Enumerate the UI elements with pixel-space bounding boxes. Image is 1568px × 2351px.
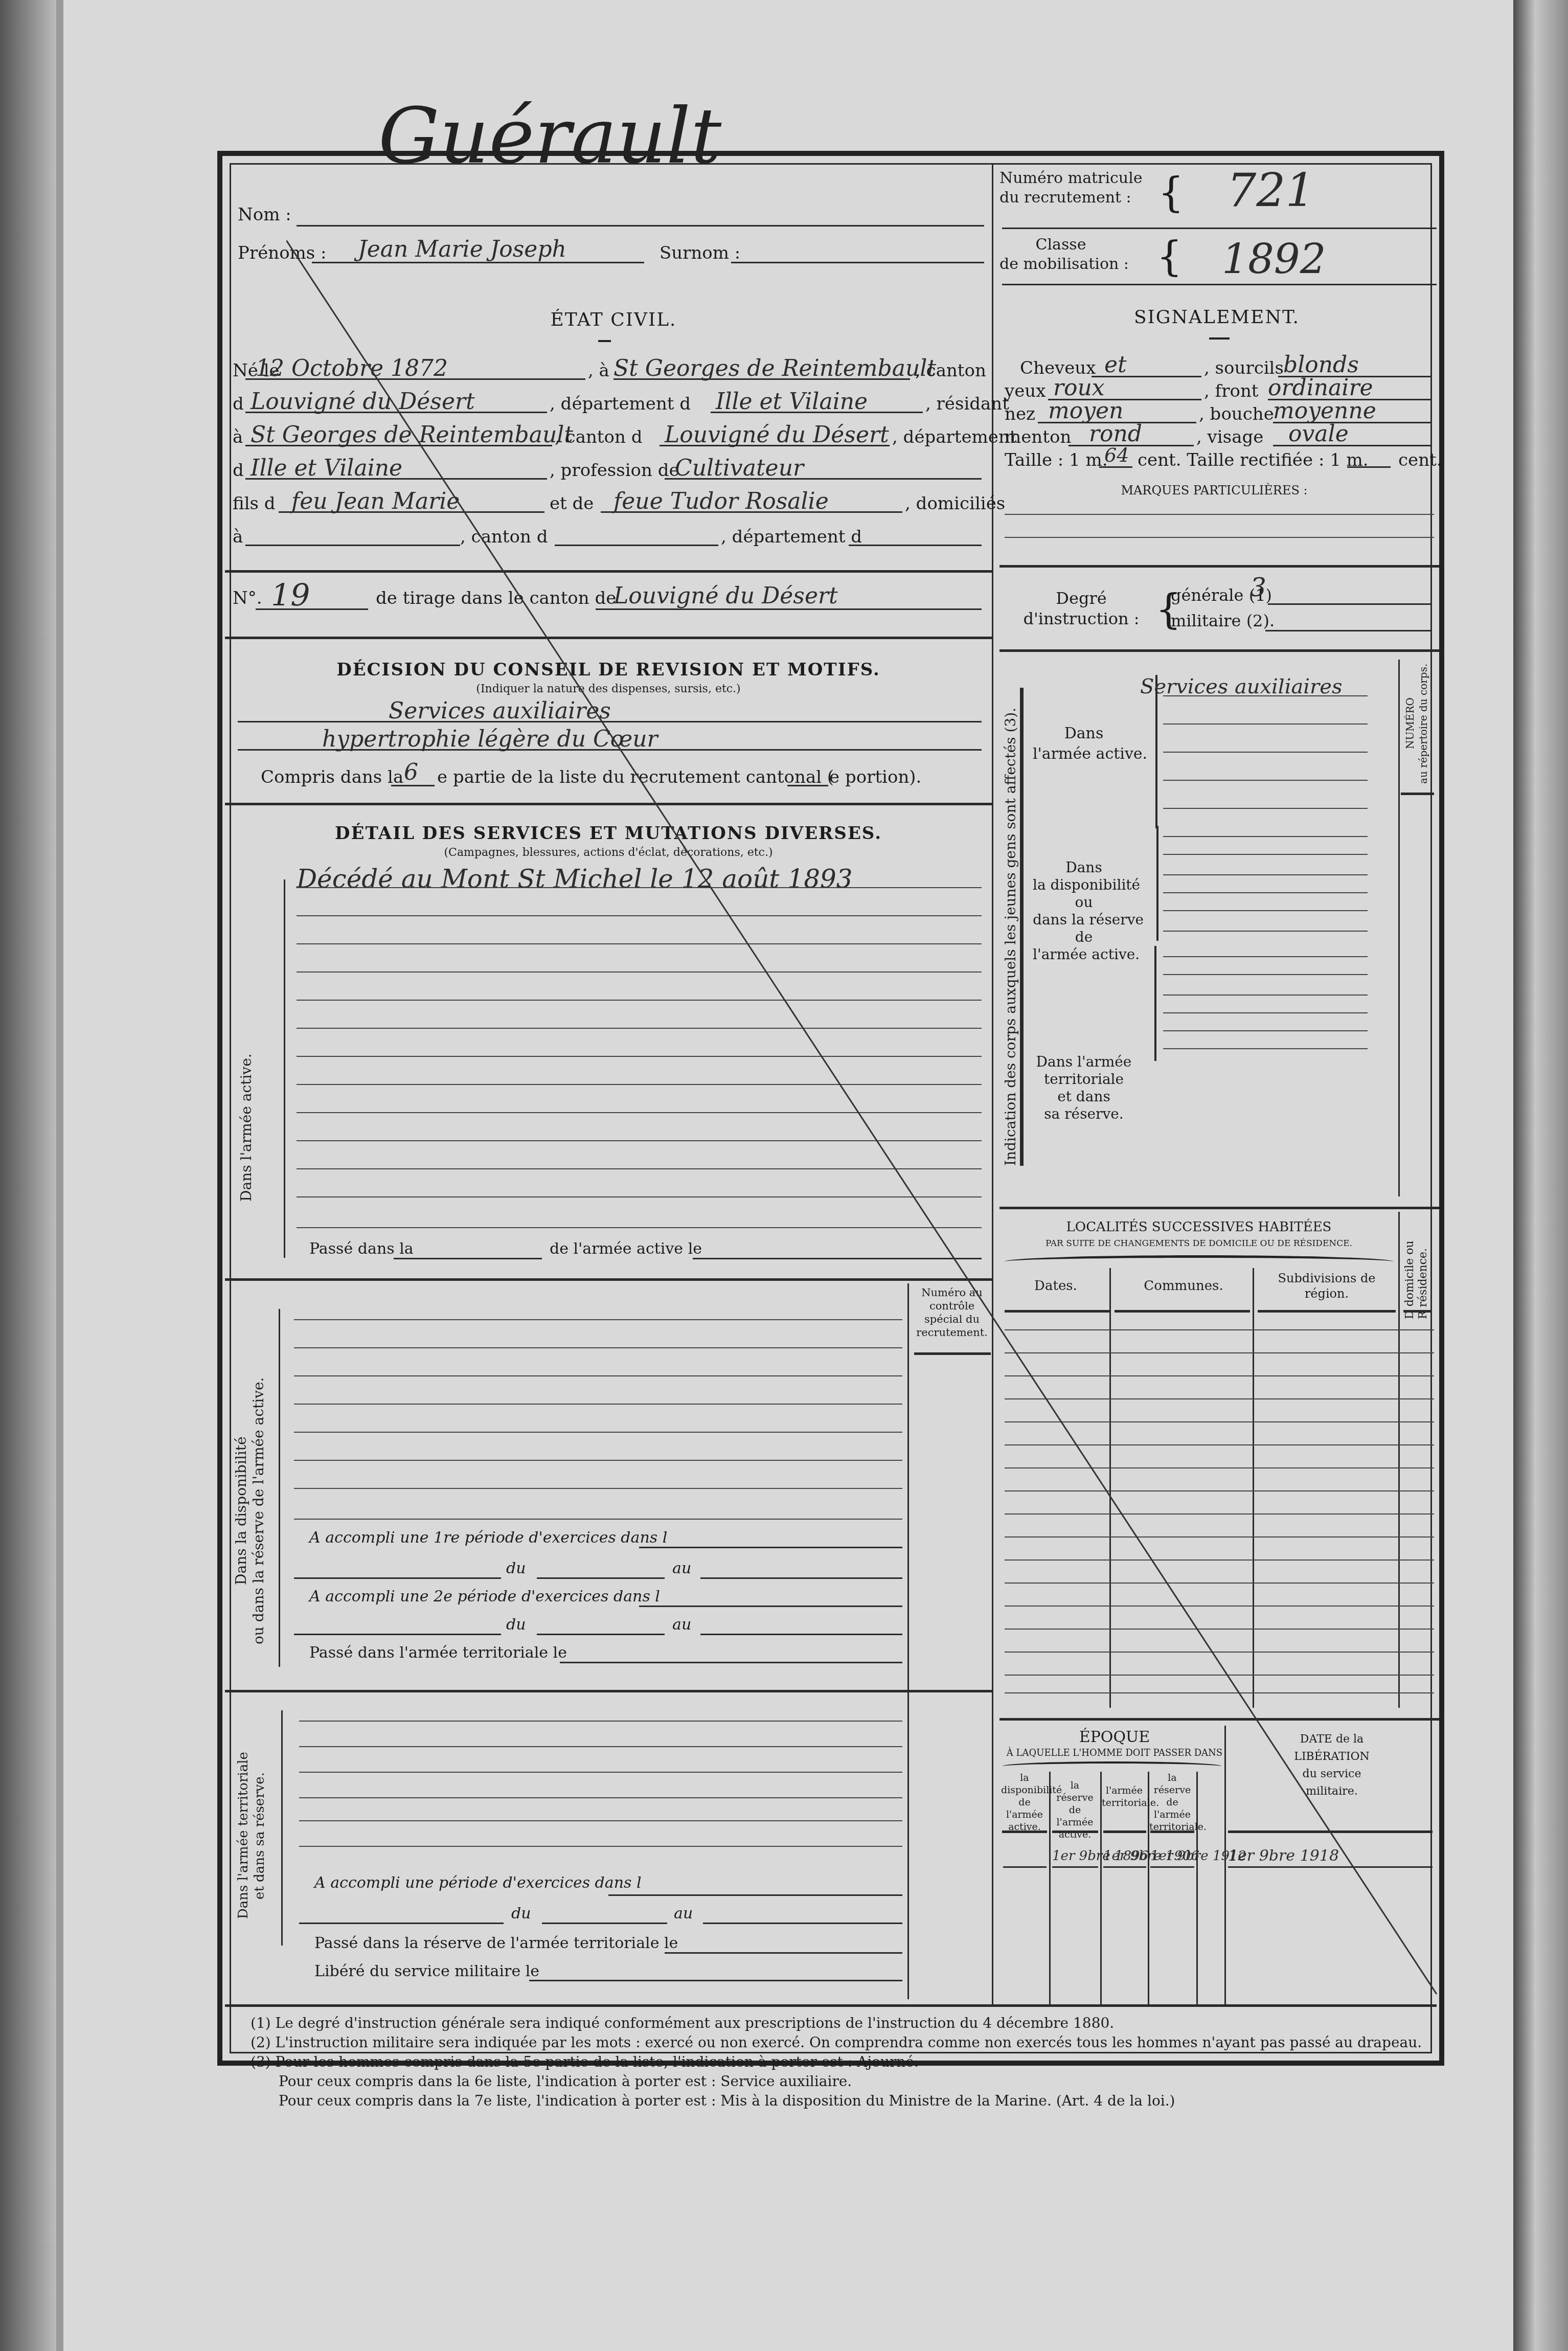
corps-terr-label-line: territoriale bbox=[1033, 1071, 1135, 1088]
active-bracket bbox=[284, 879, 285, 1258]
dispo-line bbox=[294, 1432, 902, 1433]
corps-line bbox=[1163, 1048, 1368, 1049]
section-rule bbox=[999, 1718, 1439, 1721]
footnotes-rule bbox=[225, 2004, 1437, 2007]
degre-label-line2: d'instruction : bbox=[1022, 608, 1140, 629]
footnote-3b: Pour ceux compris dans la 6e liste, l'in… bbox=[279, 2073, 852, 2090]
cent-label: cent. bbox=[1398, 450, 1442, 470]
periode1-label: A accompli une 1re période d'exercices d… bbox=[309, 1529, 667, 1547]
corps-line bbox=[1163, 931, 1368, 932]
title-dash bbox=[598, 340, 611, 342]
libere-line bbox=[529, 1980, 902, 1981]
territoriale-line bbox=[299, 1772, 902, 1773]
section-rule bbox=[225, 637, 992, 639]
generale-line bbox=[1268, 603, 1431, 605]
cheveux-value: et bbox=[1104, 352, 1127, 378]
dispo-line bbox=[294, 1460, 902, 1461]
canton-value: Louvigné du Désert bbox=[251, 389, 475, 415]
taille-value: 64 bbox=[1104, 444, 1129, 466]
numero-divider bbox=[1398, 660, 1400, 1196]
residence-canton-line bbox=[660, 445, 890, 446]
a2-label: à bbox=[233, 427, 243, 447]
classe-label: Classe de mobilisation : bbox=[999, 235, 1122, 274]
localites-row-line bbox=[1005, 1583, 1434, 1584]
corps-active-label: Dans l'armée active. bbox=[1033, 724, 1135, 764]
corps-dispo-label-line: Dans bbox=[1033, 859, 1135, 876]
parents-domicile-line bbox=[245, 545, 460, 546]
decision-line1-value: Services auxiliaires bbox=[389, 698, 611, 724]
col-subdivisions: Subdivisions de région. bbox=[1258, 1271, 1396, 1301]
service-line bbox=[297, 887, 982, 888]
matricule-label-line2: du recrutement : bbox=[999, 188, 1122, 208]
section-rule bbox=[999, 1207, 1439, 1209]
generale-value: 3 bbox=[1250, 573, 1266, 602]
service-line bbox=[297, 1168, 982, 1169]
marques-line bbox=[1005, 537, 1434, 538]
libere-label: Libéré du service militaire le bbox=[314, 1962, 539, 1980]
territoriale-line bbox=[299, 1721, 902, 1722]
localites-row-line bbox=[1005, 1652, 1434, 1653]
localites-row-line bbox=[1005, 1536, 1434, 1538]
classe-divider bbox=[1002, 284, 1437, 285]
nez-label: nez bbox=[1005, 404, 1035, 424]
localites-row-line bbox=[1005, 1559, 1434, 1561]
footnote-3c: Pour ceux compris dans la 7e liste, l'in… bbox=[279, 2092, 1175, 2109]
passe-reserve-terr-line bbox=[665, 1952, 902, 1954]
section-rule bbox=[225, 803, 992, 805]
service-line bbox=[297, 1112, 982, 1113]
localites-row-line bbox=[1005, 1375, 1434, 1376]
epoque-brace bbox=[1002, 1761, 1222, 1771]
service-line bbox=[297, 971, 982, 973]
corps-active-label-line2: l'armée active. bbox=[1033, 744, 1135, 764]
corps-line bbox=[1163, 780, 1368, 781]
corps-line bbox=[1163, 956, 1368, 957]
periode-terr-du-label: du bbox=[511, 1905, 531, 1923]
mother-value: feue Tudor Rosalie bbox=[613, 488, 829, 514]
passe-reserve-terr-label: Passé dans la réserve de l'armée territo… bbox=[314, 1934, 678, 1952]
et-de-label: et de bbox=[550, 493, 594, 514]
periode2-du-line bbox=[537, 1634, 665, 1635]
classe-label-line1: Classe bbox=[999, 235, 1122, 255]
liberation-divider bbox=[1224, 1726, 1226, 2007]
footnote-2: (2) L'instruction militaire sera indiqué… bbox=[251, 2034, 1422, 2051]
service-line bbox=[297, 915, 982, 916]
corps-line bbox=[1163, 994, 1368, 996]
numero-repertoire-label: NUMÉRO au répertoire du corps. bbox=[1403, 660, 1430, 787]
liberation-value: 1er 9bre 1918 bbox=[1228, 1847, 1339, 1865]
father-line bbox=[279, 511, 544, 513]
marques-line bbox=[1005, 514, 1434, 515]
corps-line bbox=[1163, 695, 1368, 696]
corps-dispo-label-line: dans la réserve bbox=[1033, 911, 1135, 929]
service-line bbox=[297, 1227, 982, 1228]
parents-canton-line bbox=[555, 545, 718, 546]
service-line bbox=[297, 943, 982, 944]
territoriale-side-label-line2: et dans sa réserve. bbox=[252, 1728, 268, 1943]
taille-rectifiee-label: cent. Taille rectifiée : 1 m. bbox=[1138, 450, 1369, 470]
territoriale-bracket bbox=[281, 1710, 283, 1946]
visage-label: , visage bbox=[1196, 427, 1263, 447]
tirage-canton-value: Louvigné du Désert bbox=[613, 583, 838, 609]
departement-line bbox=[711, 412, 923, 413]
nom-field-line bbox=[297, 225, 984, 227]
passe-date-line bbox=[693, 1258, 982, 1259]
residence-canton-value: Louvigné du Désert bbox=[665, 422, 889, 448]
canton-d-label: , canton d bbox=[555, 427, 642, 447]
footnote-3: (3) Pour les hommes compris dans la 5e p… bbox=[251, 2053, 919, 2070]
residence-value: St Georges de Reintembault bbox=[251, 422, 573, 448]
service-entry-1: Décédé au Mont St Michel le 12 août 1893 bbox=[297, 864, 853, 894]
epoque-col-dispo: la disponibilité de l'armée active. bbox=[1001, 1772, 1048, 1833]
profession-value: Cultivateur bbox=[675, 455, 804, 481]
degre-instruction-label: Degré d'instruction : bbox=[1022, 588, 1140, 629]
militaire-label: militaire (2). bbox=[1171, 611, 1275, 630]
epoque-col-divider bbox=[1196, 1772, 1198, 2007]
next-page-edge bbox=[1513, 0, 1568, 2351]
controle-divider bbox=[907, 1283, 909, 1692]
localites-row-line bbox=[1005, 1421, 1434, 1422]
localites-title: LOCALITÉS SUCCESSIVES HABITÉES bbox=[1002, 1219, 1396, 1235]
dispo-line bbox=[294, 1519, 902, 1520]
dispo-brace bbox=[1156, 826, 1158, 941]
liberation-line bbox=[1228, 1866, 1433, 1868]
epoque-col-territoriale: l'armée territoriale. bbox=[1102, 1784, 1147, 1809]
bouche-value: moyenne bbox=[1273, 398, 1376, 424]
service-line bbox=[297, 1140, 982, 1141]
matricule-label: Numéro matricule du recrutement : bbox=[999, 169, 1122, 208]
matricule-value: 721 bbox=[1227, 164, 1315, 217]
epoque-value-line bbox=[1052, 1866, 1098, 1868]
corps-line bbox=[1163, 752, 1368, 753]
localites-row-line bbox=[1005, 1490, 1434, 1491]
corps-line bbox=[1163, 724, 1368, 725]
corps-side-label: Indication des corps auxquels les jeunes… bbox=[1002, 685, 1019, 1166]
periode1-from-line bbox=[294, 1577, 501, 1579]
corps-line bbox=[1163, 836, 1368, 837]
parents-departement-line bbox=[849, 545, 982, 546]
periode1-line bbox=[639, 1547, 902, 1548]
corps-brace bbox=[1020, 688, 1024, 1166]
terr-brace bbox=[1154, 946, 1156, 1061]
corps-line bbox=[1163, 892, 1368, 893]
col-communes: Communes. bbox=[1112, 1278, 1255, 1294]
yeux-label: yeux bbox=[1005, 381, 1046, 401]
periode-terr-au-label: au bbox=[674, 1905, 693, 1923]
section-rule bbox=[999, 565, 1439, 568]
departement2-label: , département bbox=[892, 427, 1017, 447]
decision-title: DÉCISION DU CONSEIL DE REVISION ET MOTIF… bbox=[276, 660, 941, 680]
numero-rule bbox=[1401, 793, 1434, 795]
dispo-line bbox=[294, 1319, 902, 1320]
localites-row-line bbox=[1005, 1513, 1434, 1514]
territoriale-divider bbox=[907, 1692, 909, 1999]
surname-handwritten: Guérault bbox=[378, 92, 721, 181]
surnom-field-line bbox=[731, 262, 984, 263]
tirage-canton-line bbox=[596, 608, 982, 610]
menton-label: menton bbox=[1005, 427, 1071, 447]
epoque-header-rule bbox=[1228, 1830, 1433, 1833]
canton-label: , canton bbox=[915, 360, 986, 381]
dispo-line bbox=[294, 1404, 902, 1405]
section-rule bbox=[999, 649, 1439, 652]
service-line bbox=[297, 1196, 982, 1197]
service-line bbox=[297, 1056, 982, 1057]
dispo-side-label-line1: Dans la disponibilité bbox=[233, 1340, 250, 1682]
localites-row-line bbox=[1005, 1398, 1434, 1399]
corps-line bbox=[1163, 1012, 1368, 1013]
detail-services-subtitle: (Campagnes, blessures, actions d'éclat, … bbox=[276, 846, 941, 859]
compris-suffix: e partie de la liste du recrutement cant… bbox=[437, 767, 834, 787]
territoriale-line bbox=[299, 1846, 902, 1847]
territoriale-line bbox=[299, 1797, 902, 1798]
classe-label-line2: de mobilisation : bbox=[999, 255, 1122, 274]
epoque-subtitle: À LAQUELLE L'HOMME DOIT PASSER DANS bbox=[1002, 1748, 1227, 1758]
passe-line bbox=[394, 1258, 542, 1259]
periode1-au-label: au bbox=[672, 1559, 691, 1577]
mother-line bbox=[601, 511, 902, 513]
corps-line bbox=[1163, 974, 1368, 975]
nez-value: moyen bbox=[1048, 398, 1123, 424]
fils-label: fils d bbox=[233, 493, 276, 514]
localites-row-line bbox=[1005, 1352, 1434, 1353]
corps-dispo-label-line: la disponibilité bbox=[1033, 876, 1135, 894]
corps-dispo-label-line: l'armée active. bbox=[1033, 946, 1135, 963]
territoriale-line bbox=[299, 1820, 902, 1821]
periode1-du-line bbox=[537, 1577, 665, 1579]
corps-active-label-line1: Dans bbox=[1033, 724, 1135, 744]
matricule-label-line1: Numéro matricule bbox=[999, 169, 1122, 188]
nom-label: Nom : bbox=[238, 205, 291, 225]
localites-row-line bbox=[1005, 1329, 1434, 1330]
dispo-side-label-line2: ou dans la réserve de l'armée active. bbox=[250, 1340, 267, 1682]
localites-col-divider bbox=[1253, 1268, 1254, 1708]
periode-terr-line bbox=[608, 1894, 902, 1896]
surnom-label: Surnom : bbox=[660, 243, 740, 263]
periode2-au-label: au bbox=[672, 1616, 691, 1634]
localites-row-line bbox=[1005, 1692, 1434, 1693]
territoriale-side-label-line1: Dans l'armée territoriale bbox=[235, 1728, 252, 1943]
section-rule bbox=[225, 570, 992, 573]
periode2-label: A accompli une 2e période d'exercices da… bbox=[309, 1588, 660, 1606]
service-line bbox=[297, 1028, 982, 1029]
periode1-au-line bbox=[700, 1577, 902, 1579]
passe-territoriale-line bbox=[560, 1662, 902, 1663]
portion-suffix: e portion). bbox=[829, 767, 921, 787]
footnote-1: (1) Le degré d'instruction générale sera… bbox=[251, 2015, 1114, 2031]
front-label: , front bbox=[1204, 381, 1258, 401]
yeux-value: roux bbox=[1053, 375, 1105, 401]
periode2-au-line bbox=[700, 1634, 902, 1635]
corps-terr-label-line: et dans bbox=[1033, 1088, 1135, 1105]
epoque-col-reserve-terr: la réserve de l'armée territoriale. bbox=[1149, 1772, 1195, 1833]
profession-line bbox=[665, 478, 982, 480]
localites-row-line bbox=[1005, 1629, 1434, 1630]
departement-value: Ille et Vilaine bbox=[716, 389, 868, 415]
service-line bbox=[297, 1000, 982, 1001]
localites-col-divider bbox=[1398, 1212, 1400, 1708]
corps-line bbox=[1163, 910, 1368, 911]
visage-line bbox=[1273, 445, 1431, 446]
periode-terr-from-line bbox=[299, 1923, 504, 1924]
decision-line2 bbox=[238, 749, 982, 751]
dispo-bracket bbox=[279, 1309, 280, 1667]
periode-terr-du-line bbox=[542, 1923, 667, 1924]
prenoms-label: Prénoms : bbox=[238, 243, 327, 263]
periode2-line bbox=[639, 1606, 902, 1607]
prenoms-value: Jean Marie Joseph bbox=[358, 236, 566, 262]
section-rule bbox=[225, 1690, 992, 1692]
taille-label: Taille : 1 m. bbox=[1005, 450, 1108, 470]
localites-row-line bbox=[1005, 1606, 1434, 1607]
father-value: feu Jean Marie bbox=[291, 488, 460, 514]
epoque-header-rule bbox=[1002, 1830, 1047, 1833]
visage-value: ovale bbox=[1288, 421, 1349, 447]
birthplace-value: St Georges de Reintembault bbox=[613, 355, 936, 381]
classe-brace: { bbox=[1156, 233, 1183, 280]
residence-label: R résidence. bbox=[1417, 1217, 1430, 1319]
tirage-text: de tirage dans le canton de bbox=[376, 588, 616, 608]
detail-services-title: DÉTAIL DES SERVICES ET MUTATIONS DIVERSE… bbox=[276, 823, 941, 844]
front-value: ordinaire bbox=[1268, 375, 1373, 401]
periode1-du-label: du bbox=[506, 1559, 526, 1577]
localites-row-line bbox=[1005, 1444, 1434, 1445]
a3-label: à bbox=[233, 527, 243, 547]
d-label: d bbox=[233, 394, 244, 414]
numero-label-line2: au répertoire du corps. bbox=[1417, 660, 1430, 787]
localites-header-rule bbox=[1258, 1310, 1396, 1313]
signalement-title: SIGNALEMENT. bbox=[1115, 307, 1319, 328]
residant-label: , résidant bbox=[925, 394, 1009, 414]
canton-line bbox=[245, 412, 547, 413]
col-dates: Dates. bbox=[1005, 1278, 1107, 1294]
tirage-no-label: N°. bbox=[233, 588, 262, 608]
matricule-brace: { bbox=[1158, 169, 1184, 216]
localites-header-rule bbox=[1115, 1310, 1250, 1313]
liberation-header: DATE de la LIBÉRATION du service militai… bbox=[1227, 1731, 1437, 1800]
corps-terr-label: Dans l'armée territoriale et dans sa rés… bbox=[1033, 1053, 1135, 1123]
epoque-header-rule bbox=[1103, 1830, 1146, 1833]
domicilies-label: , domiciliés bbox=[905, 493, 1005, 514]
epoque-value-line bbox=[1150, 1866, 1194, 1868]
periode2-from-line bbox=[294, 1634, 501, 1635]
classe-value: 1892 bbox=[1222, 235, 1326, 283]
book-spine bbox=[0, 0, 56, 2351]
birth-date-value: 12 Octobre 1872 bbox=[256, 355, 448, 381]
controle-rule bbox=[914, 1352, 991, 1355]
decision-line1 bbox=[238, 721, 982, 722]
periode-terr-au-line bbox=[703, 1923, 902, 1924]
departement-label: , département d bbox=[550, 394, 691, 414]
corps-line bbox=[1163, 874, 1368, 875]
d2-label: d bbox=[233, 460, 244, 481]
departement3-label: , département d bbox=[721, 527, 862, 547]
militaire-line bbox=[1265, 630, 1431, 631]
localites-row-line bbox=[1005, 1467, 1434, 1468]
dispo-line bbox=[294, 1375, 902, 1376]
compris-label: Compris dans la bbox=[261, 767, 403, 787]
decision-line2-value: hypertrophie légère du Cœur bbox=[322, 726, 658, 752]
birth-date-line bbox=[245, 378, 585, 380]
localites-header-rule bbox=[1005, 1310, 1109, 1313]
menton-line bbox=[1069, 445, 1194, 446]
epoque-header-rule bbox=[1150, 1830, 1194, 1833]
corps-dispo-label-line: ou bbox=[1033, 894, 1135, 911]
corps-dispo-label: Dans la disponibilité ou dans la réserve… bbox=[1033, 859, 1135, 963]
section-rule bbox=[225, 1278, 992, 1281]
localites-brace bbox=[1005, 1255, 1393, 1268]
passe-label: Passé dans la bbox=[309, 1240, 414, 1258]
epoque-title: ÉPOQUE bbox=[1002, 1728, 1227, 1746]
signalement-dash bbox=[1209, 337, 1230, 340]
etat-civil-title: ÉTAT CIVIL. bbox=[511, 309, 716, 330]
residence-line bbox=[245, 445, 552, 446]
dispo-line bbox=[294, 1347, 902, 1348]
compris-line bbox=[391, 785, 435, 786]
taille-line bbox=[1099, 466, 1132, 468]
bouche-label: , bouche bbox=[1199, 404, 1274, 424]
localites-subtitle: PAR SUITE DE CHANGEMENTS DE DOMICILE OU … bbox=[1002, 1238, 1396, 1249]
dispo-side-label: Dans la disponibilité ou dans la réserve… bbox=[233, 1340, 267, 1682]
corps-line bbox=[1163, 808, 1368, 809]
corps-terr-label-line: sa réserve. bbox=[1033, 1105, 1135, 1123]
birthplace-line bbox=[613, 378, 910, 380]
numero-label-line1: NUMÉRO bbox=[1403, 660, 1417, 787]
sourcils-value: blonds bbox=[1283, 352, 1359, 378]
taille-rectifiee-line bbox=[1347, 466, 1391, 468]
degre-label-line1: Degré bbox=[1022, 588, 1140, 608]
epoque-dispo-line bbox=[1003, 1866, 1047, 1868]
residence-departement-value: Ille et Vilaine bbox=[251, 455, 402, 481]
canton3-label: , canton d bbox=[460, 527, 548, 547]
territoriale-line bbox=[299, 1746, 902, 1747]
passe-mid-label: de l'armée active le bbox=[550, 1240, 702, 1258]
profession-label: , profession de bbox=[550, 460, 679, 481]
cheveux-line bbox=[1092, 376, 1201, 377]
tirage-no-line bbox=[256, 608, 368, 610]
localites-row-line bbox=[1005, 1675, 1434, 1676]
domicile-residence-label: D domicile ou R résidence. bbox=[1403, 1217, 1430, 1319]
marques-title: MARQUES PARTICULIÈRES : bbox=[1048, 483, 1380, 498]
epoque-value-line bbox=[1103, 1866, 1146, 1868]
dispo-line bbox=[294, 1488, 902, 1489]
corps-line bbox=[1163, 1030, 1368, 1031]
periode-terr-label: A accompli une période d'exercices dans … bbox=[314, 1874, 642, 1892]
domicile-label: D domicile ou bbox=[1403, 1217, 1417, 1319]
periode2-du-label: du bbox=[506, 1616, 526, 1634]
passe-territoriale-label: Passé dans l'armée territoriale le bbox=[309, 1644, 567, 1662]
matricule-divider bbox=[1002, 228, 1437, 229]
service-line bbox=[297, 1084, 982, 1085]
portion-line bbox=[787, 785, 828, 786]
corps-terr-label-line: Dans l'armée bbox=[1033, 1053, 1135, 1071]
localites-header-rule bbox=[1403, 1310, 1431, 1313]
menton-value: rond bbox=[1089, 421, 1142, 447]
active-side-label: Dans l'armée active. bbox=[238, 997, 255, 1202]
decision-subtitle: (Indiquer la nature des dispenses, sursi… bbox=[276, 683, 941, 695]
corps-line bbox=[1163, 854, 1368, 855]
compris-value: 6 bbox=[404, 759, 418, 785]
residence-departement-line bbox=[245, 478, 547, 480]
territoriale-side-label: Dans l'armée territoriale et dans sa rés… bbox=[235, 1728, 268, 1943]
numero-controle-label: Numéro au contrôle spécial du recrutemen… bbox=[911, 1286, 993, 1339]
epoque-header-rule bbox=[1052, 1830, 1098, 1833]
a-label: , à bbox=[588, 360, 609, 381]
localites-col-divider bbox=[1109, 1268, 1111, 1708]
corps-dispo-label-line: de bbox=[1033, 929, 1135, 946]
